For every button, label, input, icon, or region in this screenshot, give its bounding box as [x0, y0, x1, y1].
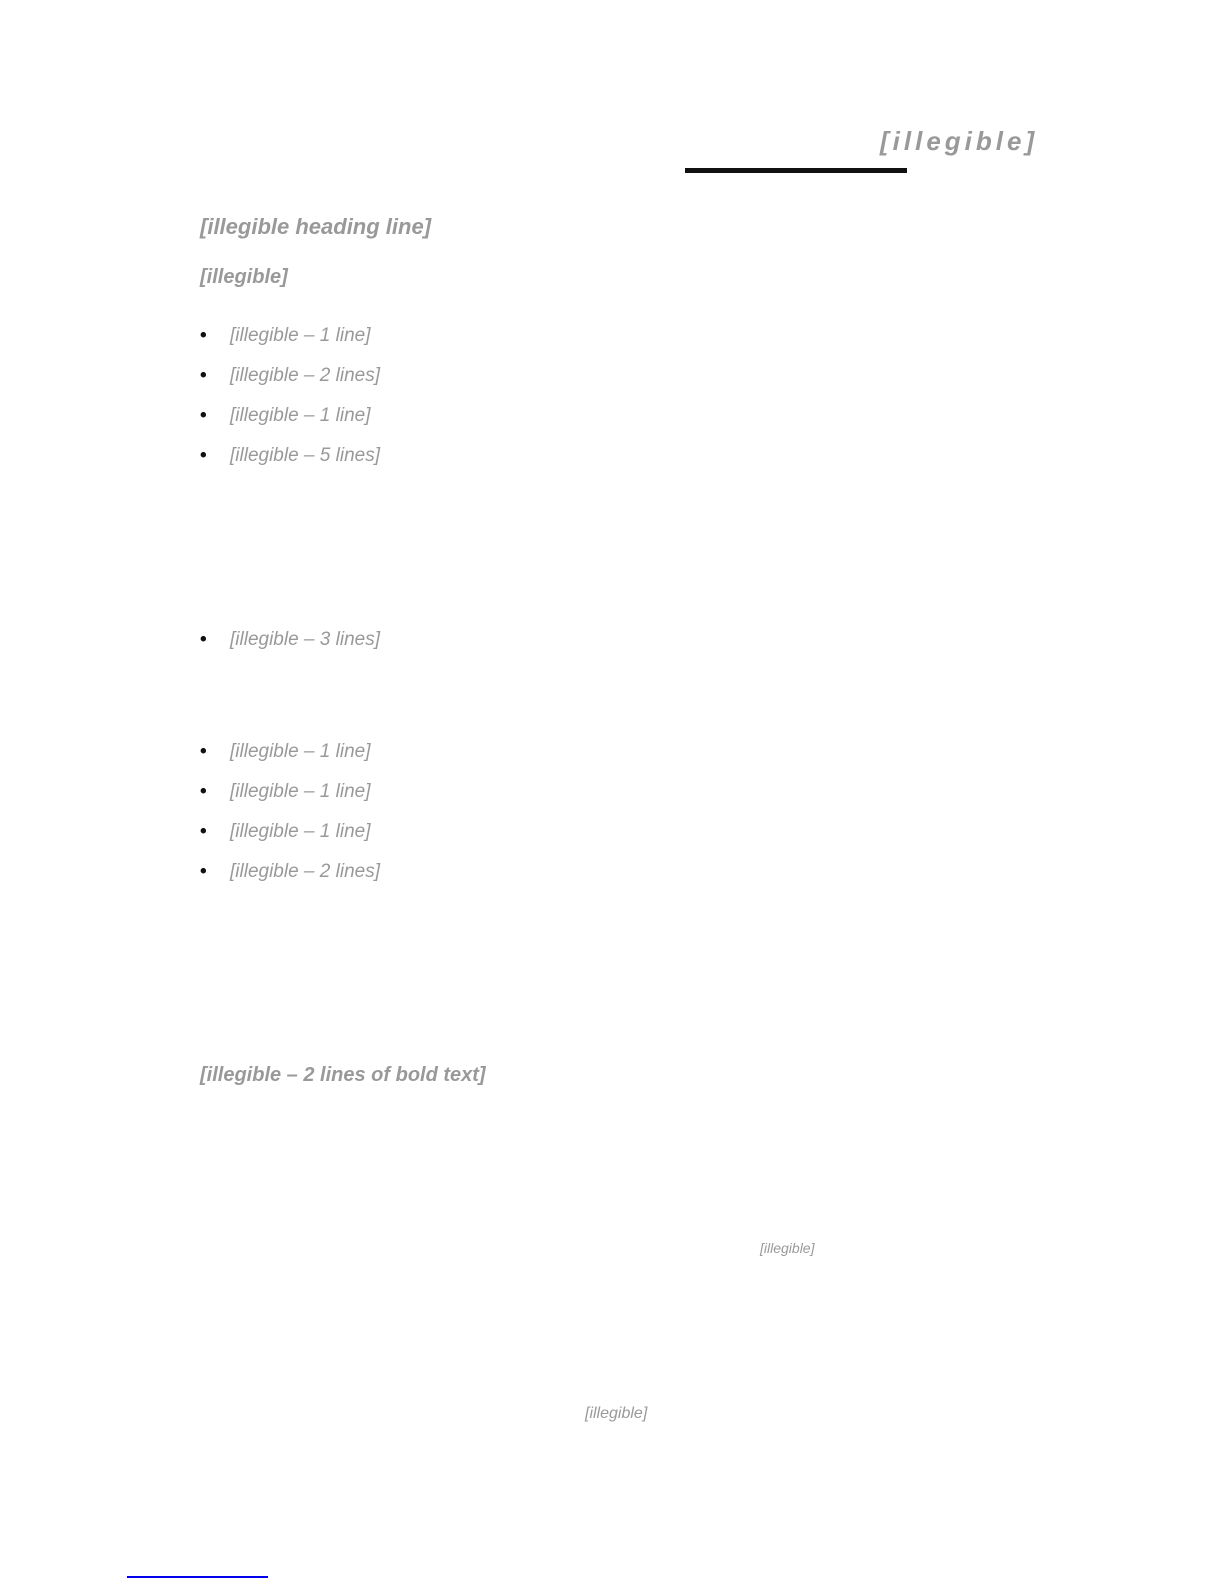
- list-item: •[illegible – 1 line]: [200, 814, 1030, 850]
- bullet-icon: •: [200, 854, 207, 890]
- list-item: •[illegible – 1 line]: [200, 398, 1030, 434]
- document-heading: [illegible heading line]: [200, 214, 431, 240]
- footer-link[interactable]: [127, 1560, 268, 1578]
- header-label: [illegible]: [880, 126, 1038, 157]
- bullet-icon: •: [200, 318, 207, 354]
- small-mark: [illegible]: [760, 1240, 814, 1256]
- bullet-icon: •: [200, 358, 207, 394]
- bullet-icon: •: [200, 814, 207, 850]
- second-paragraph: [illegible – 2 lines of bold text]: [200, 1056, 1010, 1094]
- list-item: •[illegible – 5 lines]: [200, 438, 1030, 618]
- list-item: •[illegible – 2 lines]: [200, 358, 1030, 394]
- list-item: •[illegible – 1 line]: [200, 734, 1030, 770]
- bullet-icon: •: [200, 622, 207, 658]
- list-item: •[illegible – 3 lines]: [200, 622, 1030, 730]
- list-item: •[illegible – 1 line]: [200, 774, 1030, 810]
- page-number: [illegible]: [585, 1405, 647, 1423]
- header-rule: [685, 168, 907, 173]
- list-item: •[illegible – 2 lines]: [200, 854, 1030, 926]
- bullet-icon: •: [200, 398, 207, 434]
- list-item: •[illegible – 1 line]: [200, 318, 1030, 354]
- bullet-icon: •: [200, 774, 207, 810]
- item-list: •[illegible – 1 line] •[illegible – 2 li…: [200, 318, 1030, 930]
- document-subheading: [illegible]: [200, 266, 288, 289]
- bullet-icon: •: [200, 438, 207, 474]
- bullet-icon: •: [200, 734, 207, 770]
